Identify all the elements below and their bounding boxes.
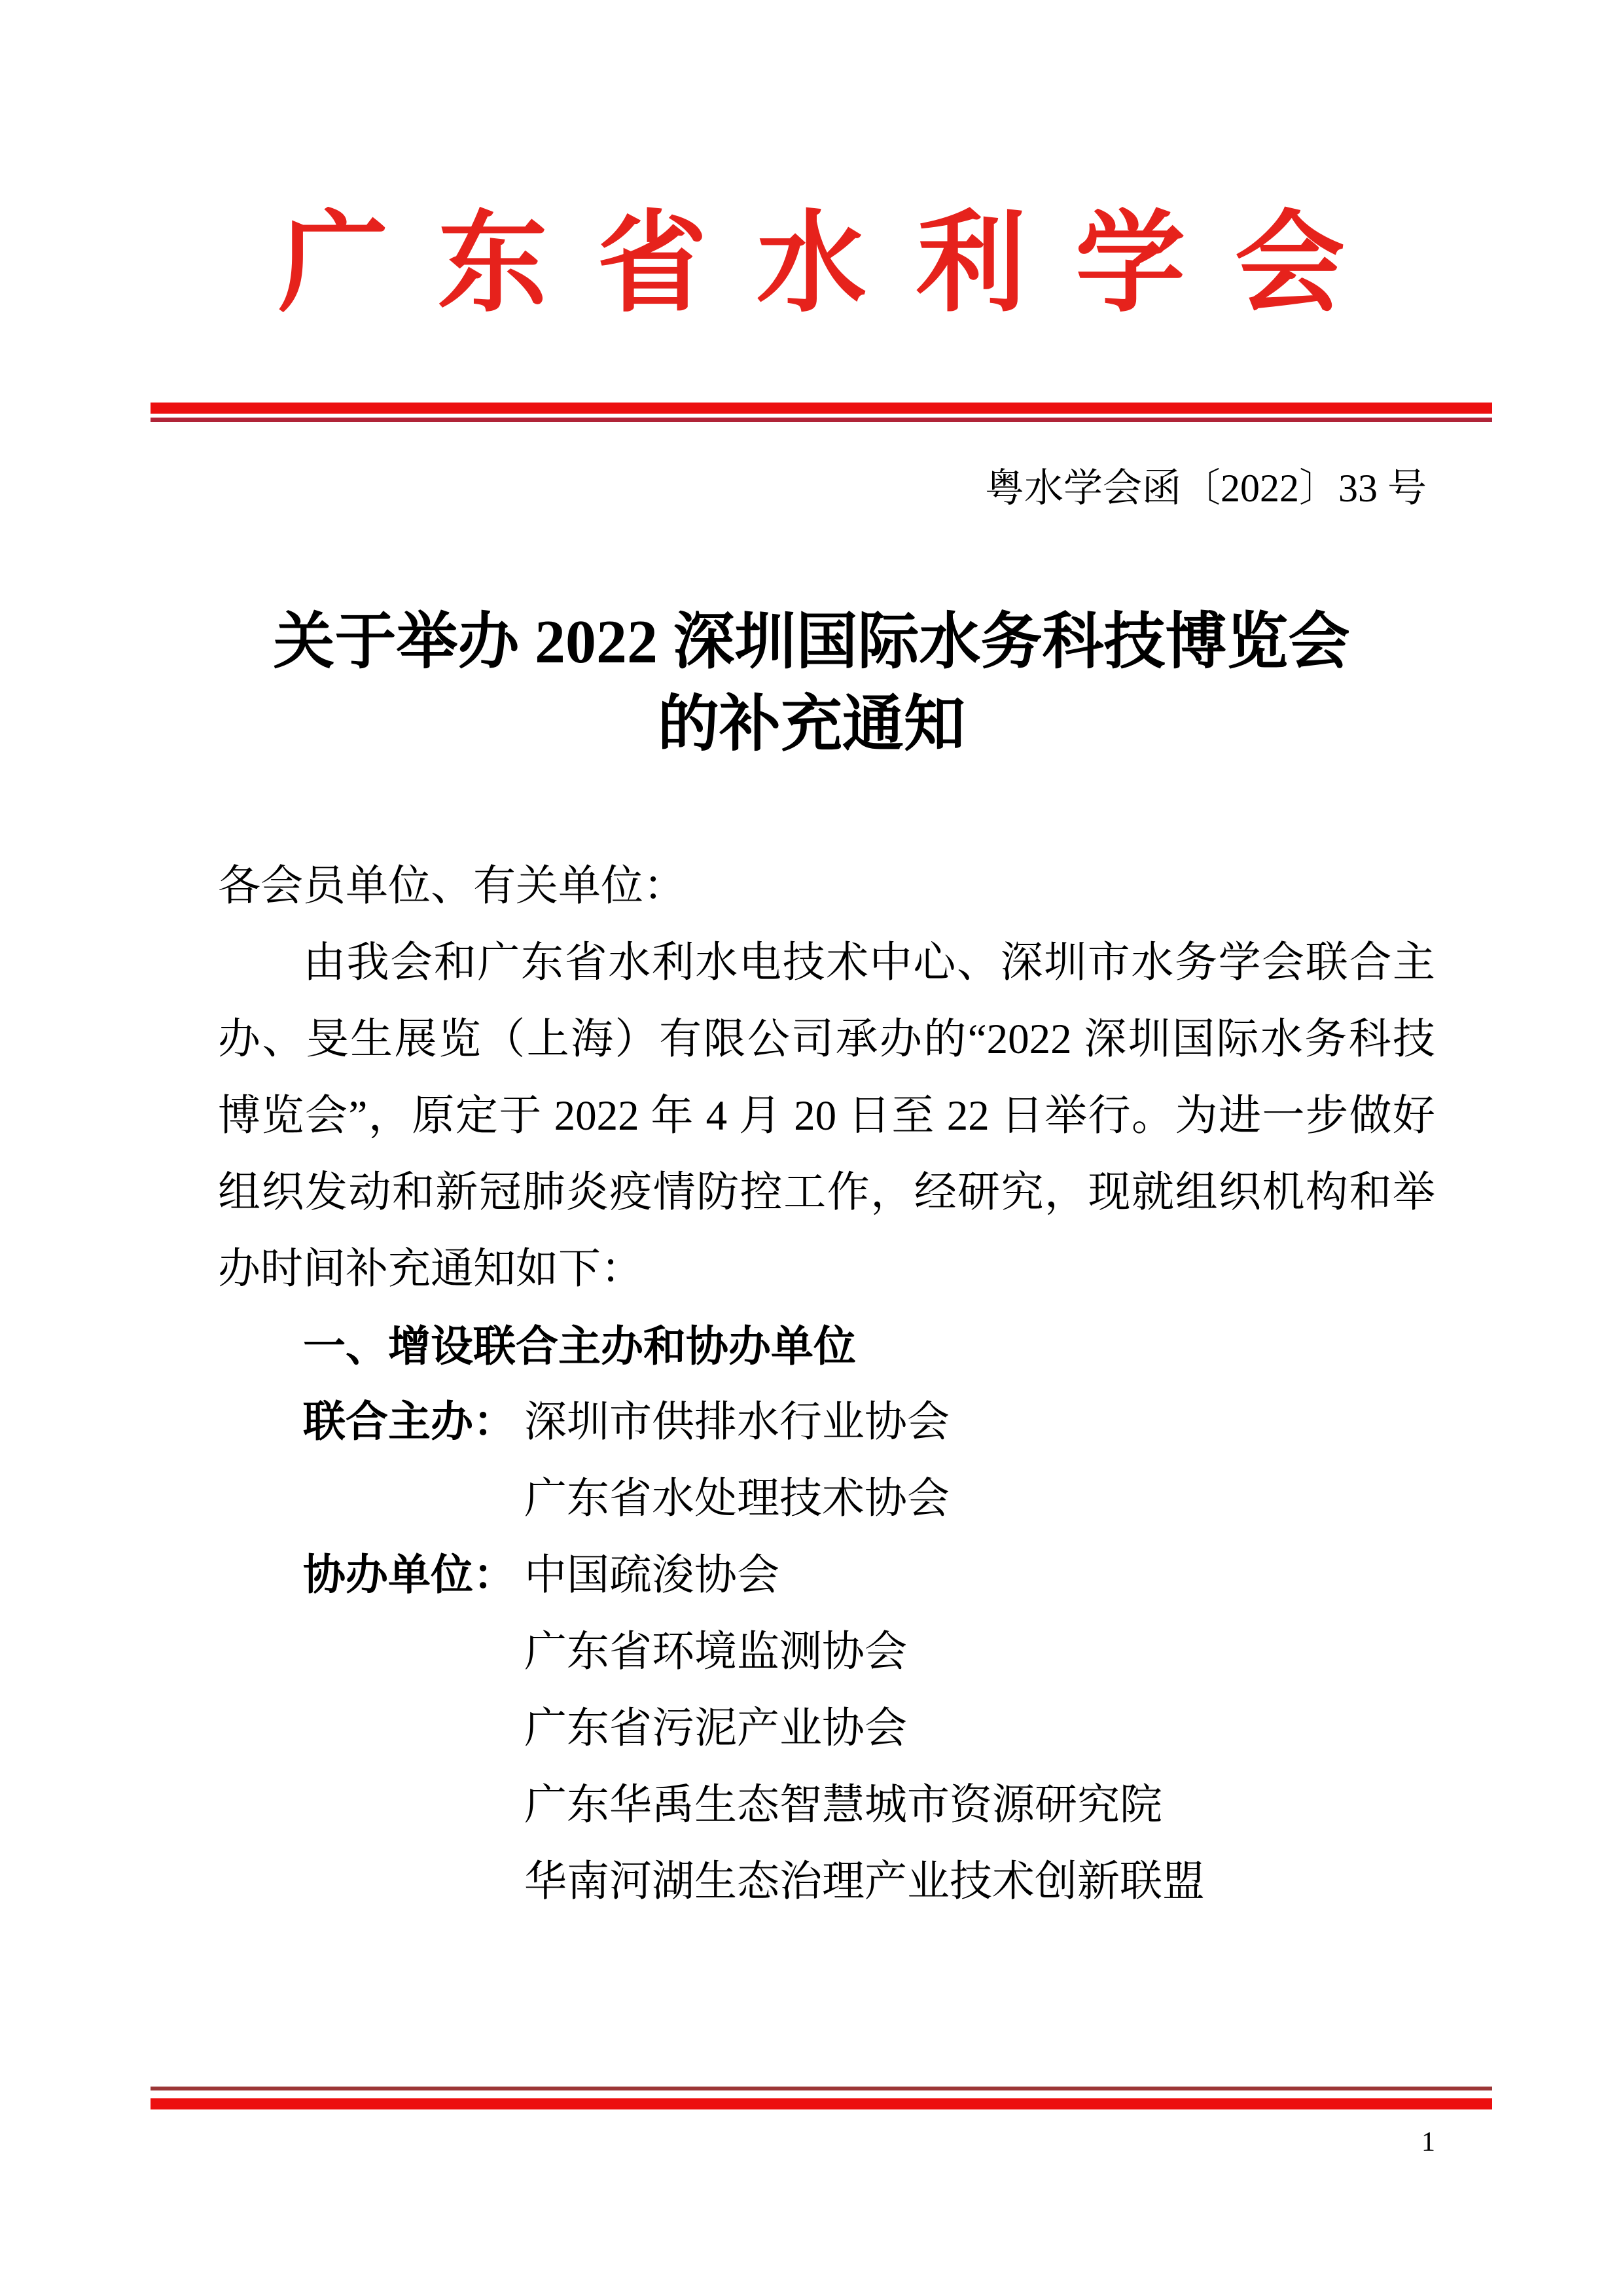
org-row: 协办单位：中国疏浚协会 (218, 1537, 1435, 1614)
doc-number: 粤水学会函〔2022〕33 号 (985, 462, 1427, 514)
header-rule-thin (151, 418, 1492, 422)
letterhead-title: 广东省水利学会 (0, 208, 1623, 321)
page-number: 1 (1421, 2126, 1435, 2159)
footer-rule-thin (151, 2087, 1492, 2090)
header-rule-thick (151, 403, 1492, 414)
org-row: 广东华禹生态智慧城市资源研究院 (218, 1767, 1435, 1844)
org-row: 华南河湖生态治理产业技术创新联盟 (218, 1844, 1435, 1920)
org-name: 中国疏浚协会 (524, 1552, 779, 1599)
document-title-line2: 的补充通知 (0, 683, 1623, 766)
org-row: 广东省环境监测协会 (218, 1614, 1435, 1691)
org-row: 广东省污泥产业协会 (218, 1691, 1435, 1767)
body-paragraph: 由我会和广东省水利水电技术中心、深圳市水务学会联合主办、旻生展览（上海）有限公司… (218, 925, 1435, 1308)
org-group-label: 联合主办： (303, 1384, 524, 1461)
org-name: 深圳市供排水行业协会 (524, 1399, 950, 1446)
org-group-label: 协办单位： (303, 1537, 524, 1614)
document-page: 广东省水利学会 粤水学会函〔2022〕33 号 关于举办 2022 深圳国际水务… (0, 0, 1623, 2296)
document-body: 各会员单位、有关单位： 由我会和广东省水利水电技术中心、深圳市水务学会联合主办、… (218, 848, 1435, 1920)
salutation: 各会员单位、有关单位： (218, 848, 1435, 925)
footer-rule-thick (151, 2098, 1492, 2109)
document-title: 关于举办 2022 深圳国际水务科技博览会 的补充通知 (0, 601, 1623, 766)
org-row: 广东省水处理技术协会 (218, 1461, 1435, 1537)
document-title-line1: 关于举办 2022 深圳国际水务科技博览会 (0, 601, 1623, 683)
org-row: 联合主办：深圳市供排水行业协会 (218, 1384, 1435, 1461)
section-heading: 一、增设联合主办和协办单位 (218, 1308, 1435, 1384)
